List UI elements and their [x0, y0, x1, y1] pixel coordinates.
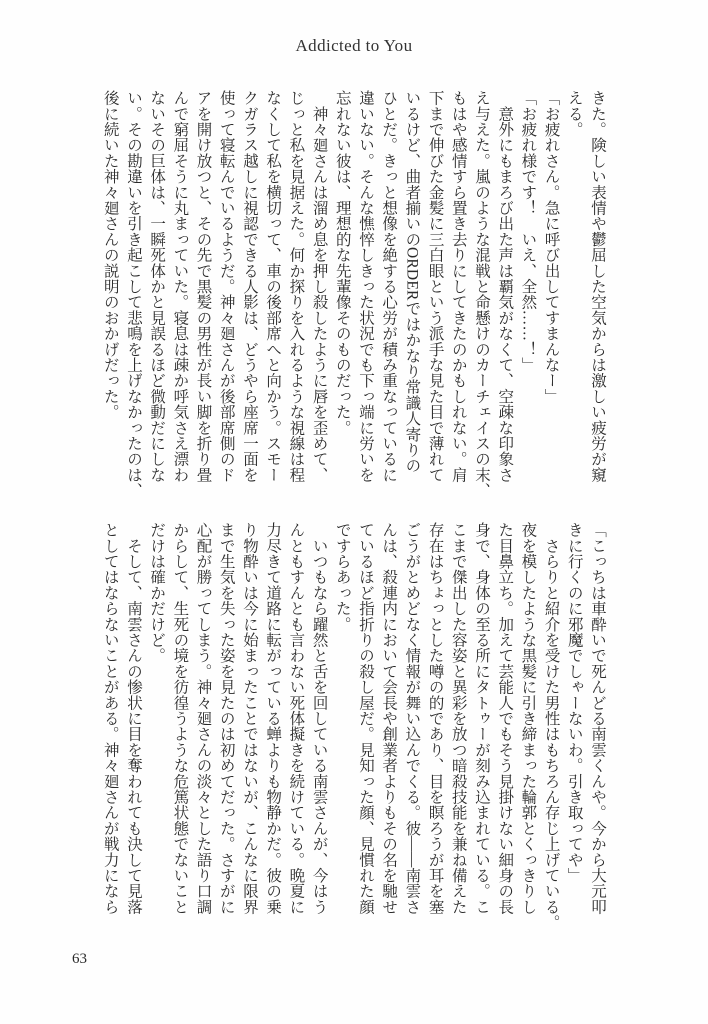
text-line: きた。険しい表情や鬱屈した空気からは激しい疲労が窺	[586, 90, 609, 522]
text-line: た目鼻立ち。加えて芸能人でもそう見掛けない細身の長	[493, 522, 516, 962]
text-line: んで窮屈そうに丸まっていた。寝息は疎か呼気さえ漂わ	[168, 90, 191, 522]
page-title: Addicted to You	[0, 36, 708, 56]
text-line: きに行くのに邪魔でしゃーないわ。引き取ってや」	[563, 522, 586, 962]
text-line: 夜を模したような黒髪に引き締まった輪郭とくっきりし	[516, 522, 539, 962]
text-line: からして、生死の境を彷徨うような危篤状態でないこと	[168, 522, 191, 962]
text-line: 「お疲れ様です！ いえ、全然……！」	[516, 90, 539, 522]
text-line: んともすんとも言わない死体擬きを続けている。晩夏に	[284, 522, 307, 962]
text-line: アを開け放つと、その先で黒髪の男性が長い脚を折り畳	[191, 90, 214, 522]
text-line: いるけど、曲者揃いのORDERではかなり常識人寄りの	[400, 90, 423, 522]
text-line: 違いない。そんな憔悴しきった状況でも下っ端に労いを	[354, 90, 377, 522]
text-line: 意外にもまろび出た声は覇気がなくて、空疎な印象さ	[493, 90, 516, 522]
text-line: ごうがとめどなく情報が舞い込んでくる。彼――南雲さ	[400, 522, 423, 962]
text-line: こまで傑出した容姿と異彩を放つ暗殺技能を兼ね備えた	[447, 522, 470, 962]
text-line: ているほど指折りの殺し屋だ。見知った顔、見慣れた顔	[354, 522, 377, 962]
text-line: 「お疲れさん。急に呼び出してすまんなー」	[539, 90, 562, 522]
text-line: い。その勘違いを引き起こして悲鳴を上げなかったのは、	[122, 90, 145, 522]
text-line: 「こっちは車酔いで死んどる南雲くんや。今から大元叩	[586, 522, 609, 962]
text-line: もはや感情すら置き去りにしてきたのかもしれない。肩	[447, 90, 470, 522]
text-line: ひとだ。きっと想像を絶する心労が積み重なっているに	[377, 90, 400, 522]
vertical-text-block-top: きた。険しい表情や鬱屈した空気からは激しい疲労が窺える。「お疲れさん。急に呼び出…	[99, 90, 609, 522]
page-number: 63	[72, 951, 87, 968]
text-line: 存在はちょっとした噂の的であり、目を瞑ろうが耳を塞	[423, 522, 446, 962]
vertical-text-block-bottom: 「こっちは車酔いで死んどる南雲くんや。今から大元叩きに行くのに邪魔でしゃーないわ…	[99, 522, 609, 962]
text-line: 心配が勝ってしまう。神々廻さんの淡々とした語り口調	[191, 522, 214, 962]
text-line: じっと私を見据えた。何か探りを入れるような視線は程	[284, 90, 307, 522]
text-line: クガラス越しに視認できる人影は、どうやら座席一面を	[238, 90, 261, 522]
text-line: さらりと紹介を受けた男性はもちろん存じ上げている。	[539, 522, 562, 962]
text-line: いつもなら躍然と舌を回している南雲さんが、今はう	[307, 522, 330, 962]
text-line: 忘れない彼は、理想的な先輩像そのものだった。	[331, 90, 354, 522]
text-line: なくして私を横切って、車の後部席へと向かう。スモー	[261, 90, 284, 522]
text-line: ないその巨体は、一瞬死体かと見誤るほど微動だにしな	[145, 90, 168, 522]
text-line: 身で、身体の至る所にタトゥーが刻み込まれている。こ	[470, 522, 493, 962]
text-line: える。	[563, 90, 586, 522]
text-line: んは、殺連内において会長や創業者よりもその名を馳せ	[377, 522, 400, 962]
text-line: ですらあった。	[331, 522, 354, 962]
text-line: え与えた。嵐のような混戦と命懸けのカーチェイスの末、	[470, 90, 493, 522]
text-line: 力尽きて道路に転がっている蝉よりも物静かだ。彼の乗	[261, 522, 284, 962]
text-line: 下まで伸びた金髪に三白眼という派手な見た目で薄れて	[423, 90, 446, 522]
text-line: り物酔いは今に始まったことではないが、こんなに限界	[238, 522, 261, 962]
text-line: まで生気を失った姿を見たのは初めてだった。さすがに	[215, 522, 238, 962]
text-line: 使って寝転んでいるようだ。神々廻さんが後部席側のド	[215, 90, 238, 522]
text-line: 神々廻さんは溜め息を押し殺したように唇を歪めて、	[307, 90, 330, 522]
text-line: だけは確かだけど。	[145, 522, 168, 962]
text-line: としてはならないことがある。神々廻さんが戦力になら	[99, 522, 122, 962]
book-page: Addicted to You きた。険しい表情や鬱屈した空気からは激しい疲労が…	[0, 0, 708, 1024]
text-line: そして、南雲さんの惨状に目を奪われても決して見落	[122, 522, 145, 962]
text-line: 後に続いた神々廻さんの説明のおかげだった。	[99, 90, 122, 522]
